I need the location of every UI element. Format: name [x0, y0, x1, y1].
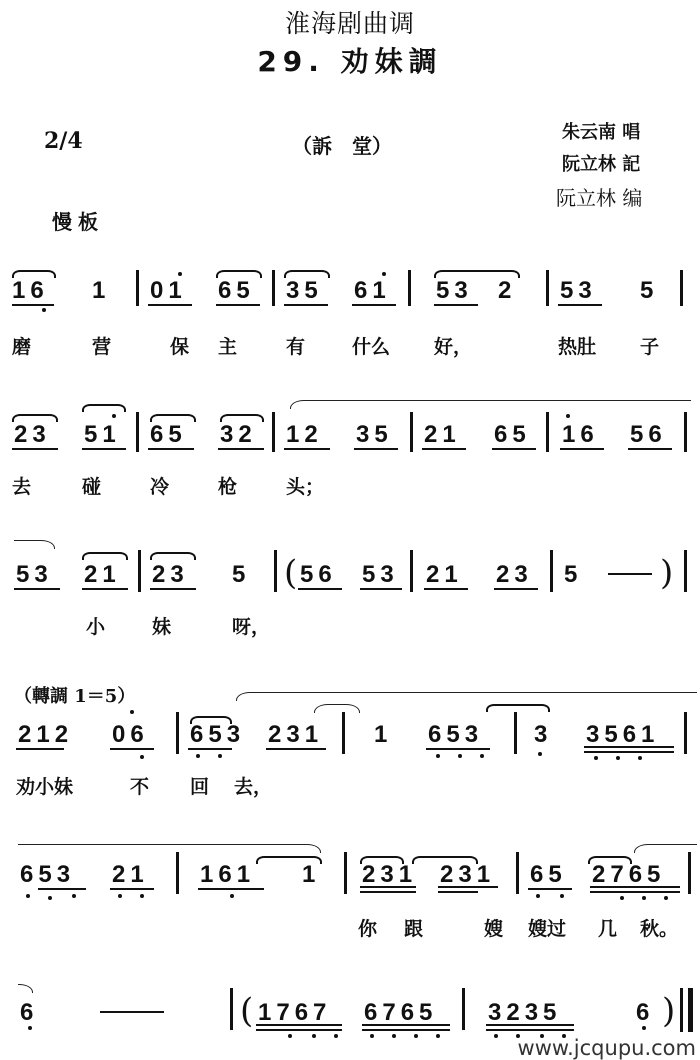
lyric: 冷	[150, 472, 169, 499]
note: 65	[150, 422, 187, 448]
note: 3561	[586, 722, 659, 748]
note: 65	[530, 862, 567, 888]
credit-transcriber: 阮立林 記	[562, 150, 640, 176]
note: 53	[560, 278, 597, 304]
note: 23	[14, 422, 51, 448]
lyric: 磨	[12, 332, 31, 359]
note: 6	[636, 1000, 654, 1026]
note: 6	[20, 1000, 38, 1026]
lyric: 碰	[82, 472, 101, 499]
note: 56	[630, 422, 667, 448]
lyric: 好，	[434, 332, 472, 359]
note: 5	[640, 278, 658, 304]
lyric: 跟	[404, 914, 423, 941]
note: 2765	[592, 862, 665, 888]
note: 61	[354, 278, 391, 304]
lyric: 回	[190, 772, 209, 799]
note: 53	[436, 278, 473, 304]
note: 161	[200, 862, 255, 888]
note: 21	[84, 562, 121, 588]
note: 6765	[364, 1000, 437, 1026]
note: 1	[374, 722, 392, 748]
note: 56	[300, 562, 337, 588]
note: 1767	[258, 1000, 331, 1026]
lyric: 主	[218, 332, 237, 359]
lyric: 什么	[352, 332, 390, 359]
note: 1	[92, 278, 110, 304]
lyric: 热肚	[558, 332, 596, 359]
lyric: 妹	[152, 612, 171, 639]
lyric: 秋。	[640, 914, 678, 941]
lyric: 小	[86, 612, 105, 639]
note: 21	[424, 422, 461, 448]
note: 653	[190, 722, 245, 748]
note: 3	[534, 722, 552, 748]
note: 53	[362, 562, 399, 588]
lyric: 枪	[218, 472, 237, 499]
note: 23	[496, 562, 533, 588]
lyric: 几	[598, 914, 617, 941]
lyric: 头；	[286, 472, 324, 499]
note: 5	[232, 562, 250, 588]
note: 231	[362, 862, 417, 888]
song-title: 29. 劝妹調	[0, 40, 700, 80]
note: 2	[498, 278, 516, 304]
note: 231	[268, 722, 323, 748]
note: 32	[220, 422, 257, 448]
lyric: 不	[130, 772, 149, 799]
lyric: 嫂	[484, 914, 503, 941]
note: 12	[286, 422, 323, 448]
note: 16	[562, 422, 599, 448]
lyric: 子	[640, 332, 659, 359]
note: 23	[152, 562, 189, 588]
note: 35	[356, 422, 393, 448]
note: 06	[112, 722, 149, 748]
note: 653	[428, 722, 483, 748]
time-signature: 2/4	[44, 128, 83, 154]
lyric: 营	[92, 332, 111, 359]
lyric: 去	[12, 472, 31, 499]
note: 65	[494, 422, 531, 448]
lyric: 呀，	[232, 612, 270, 639]
key-change-marking: （轉調 1＝5）	[14, 682, 135, 708]
collection-title: 淮海剧曲调	[0, 4, 700, 40]
note: 53	[16, 562, 53, 588]
credit-editor: 阮立林 编	[556, 182, 642, 211]
watermark-text: www.jcqupu.com	[518, 1036, 696, 1060]
note: 653	[20, 862, 75, 888]
lyric: 有	[286, 332, 305, 359]
lyric: 你	[358, 914, 377, 941]
note: 21	[112, 862, 149, 888]
note: 51	[84, 422, 121, 448]
scene-label: （訴 堂）	[292, 130, 392, 159]
note: 5	[564, 562, 582, 588]
note: 65	[218, 278, 255, 304]
lyric: 嫂过	[528, 914, 566, 941]
note: 35	[286, 278, 323, 304]
credit-singer: 朱云南 唱	[562, 118, 640, 144]
note: 3235	[488, 1000, 561, 1026]
note: 16	[12, 278, 49, 304]
note: 1	[302, 862, 320, 888]
lyric: 去，	[234, 772, 272, 799]
lyric: 劝小妹	[16, 772, 73, 799]
tempo-marking: 慢板	[52, 206, 104, 235]
note: 21	[426, 562, 463, 588]
lyric: 保	[170, 332, 189, 359]
note: 01	[150, 278, 187, 304]
note: 231	[440, 862, 495, 888]
note: 212	[18, 722, 73, 748]
